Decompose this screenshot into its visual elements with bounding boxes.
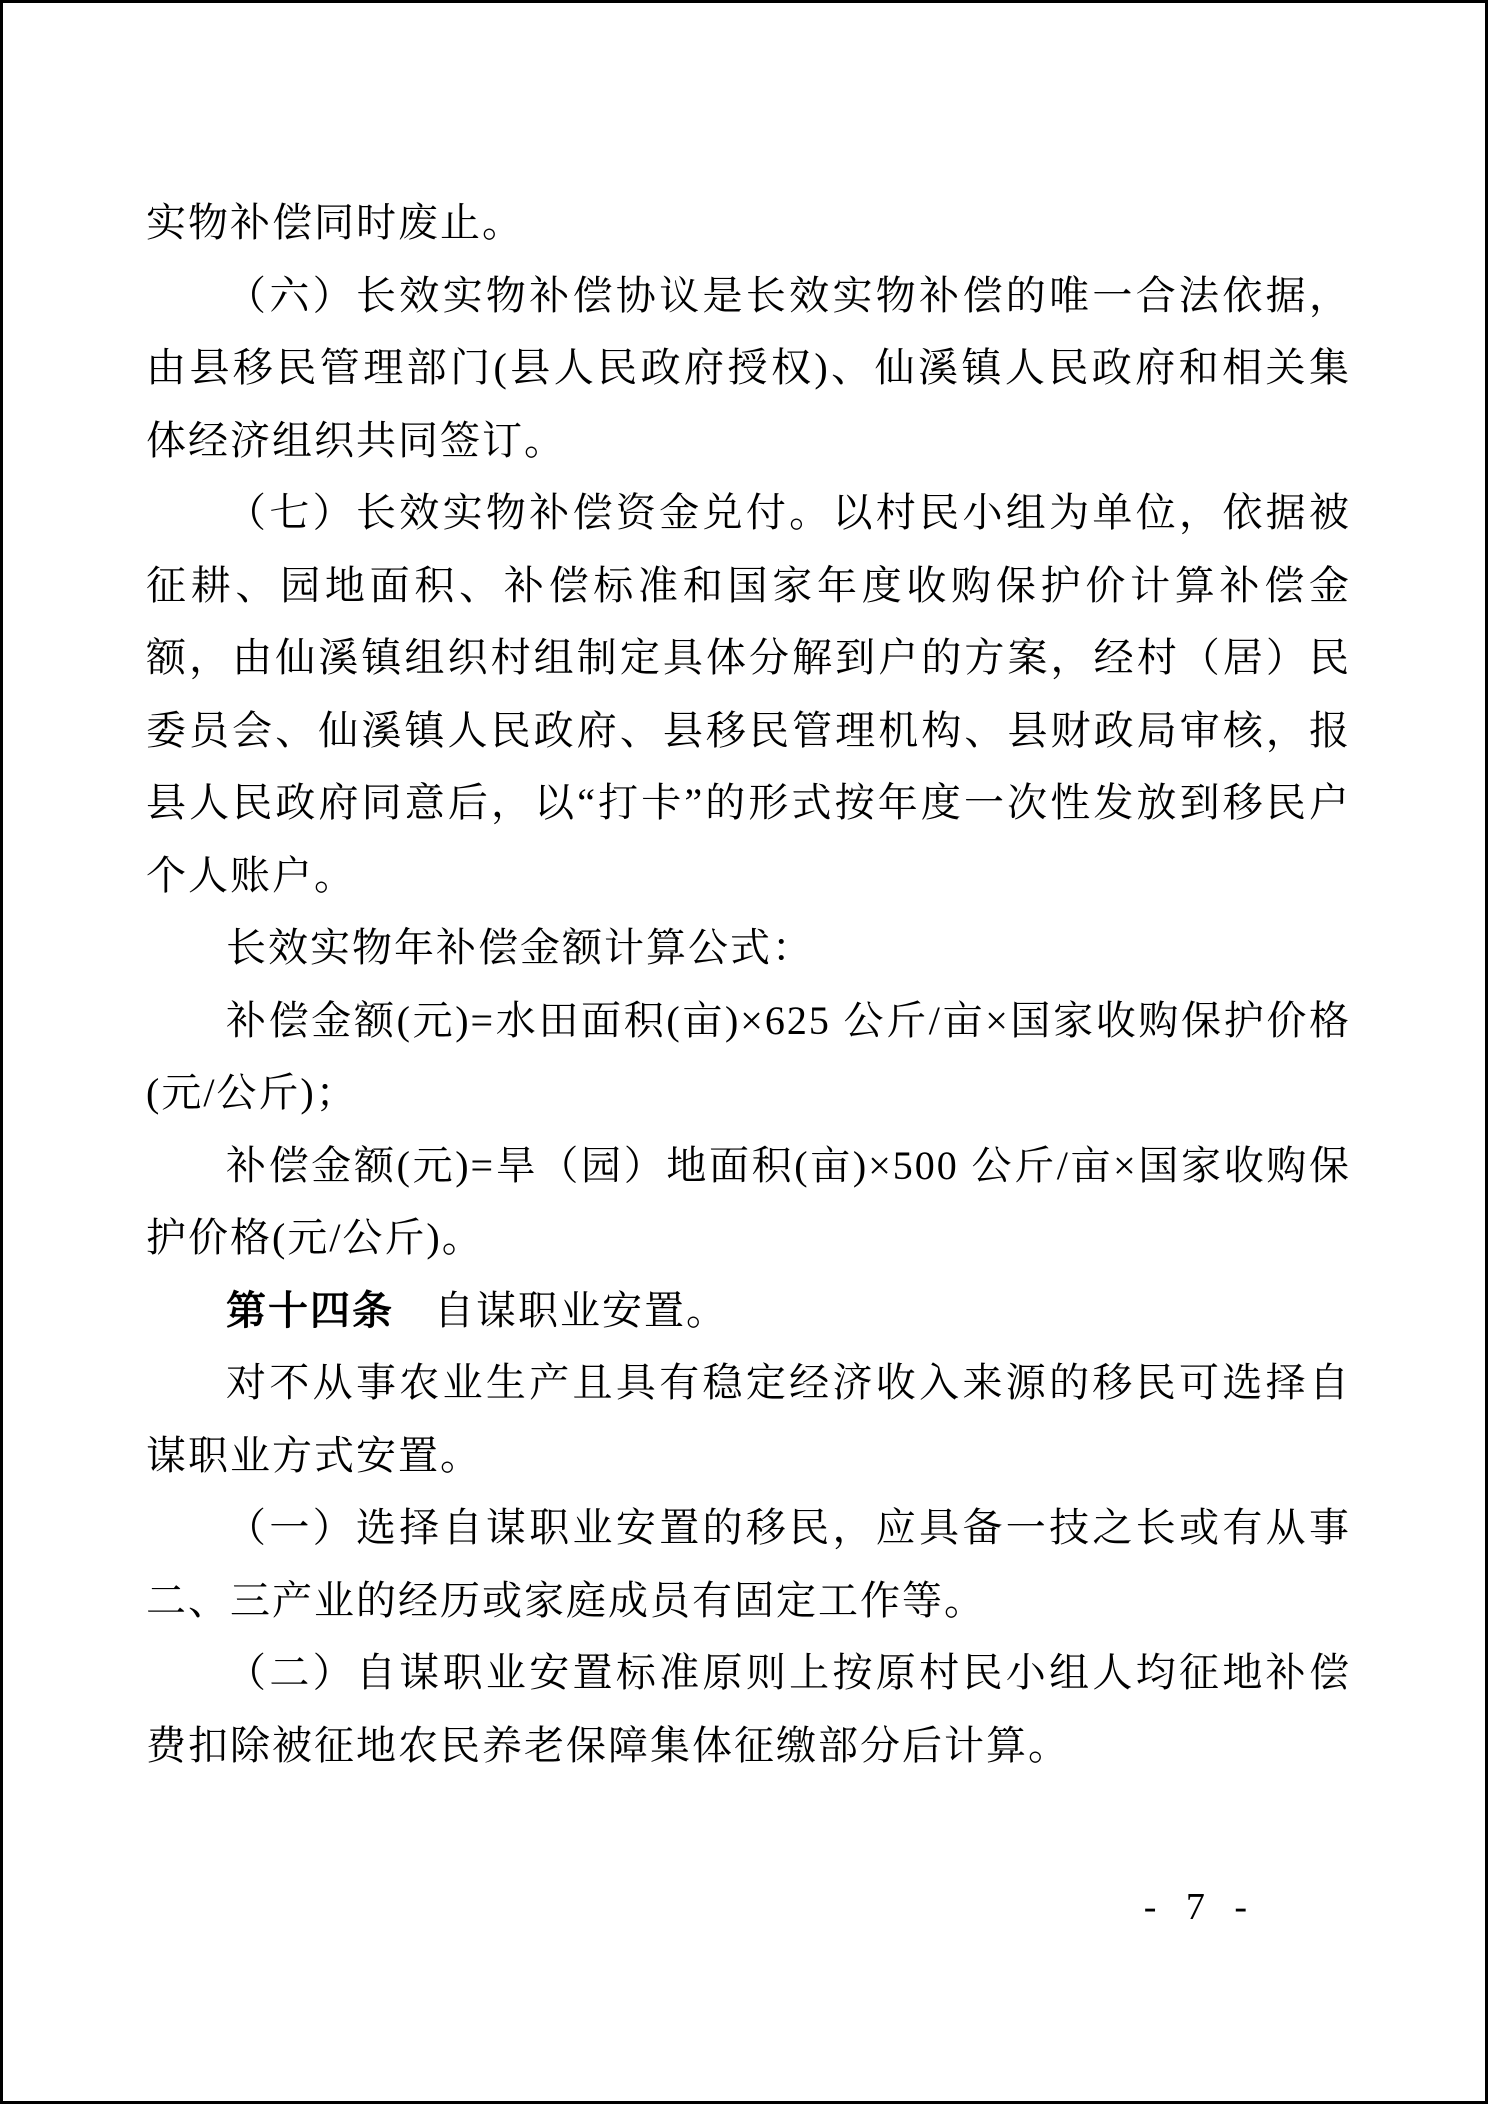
article-14-title: 自谋职业安置。 <box>434 1288 728 1333</box>
paragraph-self-employment: 对不从事农业生产且具有稳定经济收入来源的移民可选择自谋职业方式安置。 <box>146 1347 1351 1492</box>
document-page: 实物补偿同时废止。 （六）长效实物补偿协议是长效实物补偿的唯一合法依据，由县移民… <box>0 0 1488 2104</box>
paragraph-formula-paddy: 补偿金额(元)=水田面积(亩)×625 公斤/亩×国家收购保护价格(元/公斤)； <box>146 985 1351 1130</box>
paragraph-article-14: 第十四条自谋职业安置。 <box>146 1275 1351 1348</box>
paragraph-item-7: （七）长效实物补偿资金兑付。以村民小组为单位，依据被征耕、园地面积、补偿标准和国… <box>146 477 1351 912</box>
paragraph-item-1: （一）选择自谋职业安置的移民，应具备一技之长或有从事二、三产业的经历或家庭成员有… <box>146 1492 1351 1637</box>
paragraph-formula-intro: 长效实物年补偿金额计算公式： <box>146 912 1351 985</box>
page-number: - 7 - <box>1144 1885 1257 1929</box>
paragraph-item-2: （二）自谋职业安置标准原则上按原村民小组人均征地补偿费扣除被征地农民养老保障集体… <box>146 1637 1351 1782</box>
paragraph-item-6: （六）长效实物补偿协议是长效实物补偿的唯一合法依据，由县移民管理部门(县人民政府… <box>146 260 1351 478</box>
paragraph-formula-dryland: 补偿金额(元)=旱（园）地面积(亩)×500 公斤/亩×国家收购保护价格(元/公… <box>146 1130 1351 1275</box>
paragraph-continuation: 实物补偿同时废止。 <box>146 187 1351 260</box>
article-14-heading: 第十四条 <box>226 1288 394 1333</box>
document-body: 实物补偿同时废止。 （六）长效实物补偿协议是长效实物补偿的唯一合法依据，由县移民… <box>146 187 1351 1782</box>
